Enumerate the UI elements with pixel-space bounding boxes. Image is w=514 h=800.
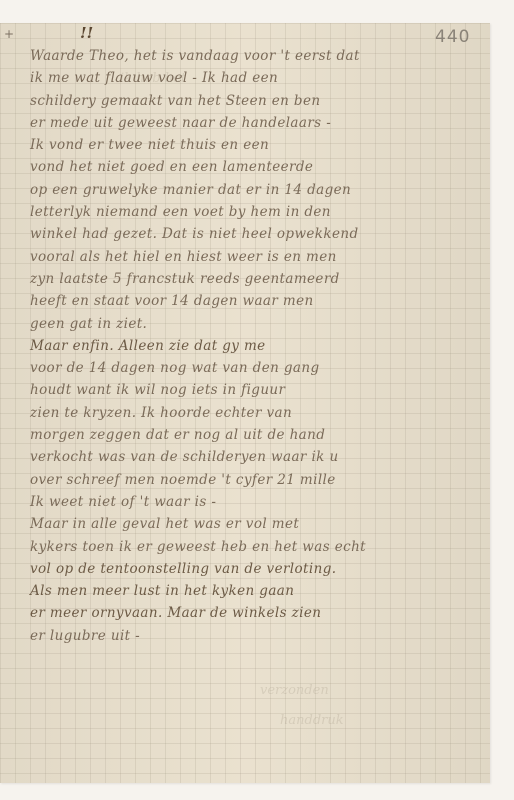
text-line: houdt want ik wil nog iets in figuur (30, 379, 485, 401)
text-line: kykers toen ik er geweest heb en het was… (30, 536, 485, 558)
text-line: Ik weet niet of 't waar is - (30, 491, 485, 513)
text-line: over schreef men noemde 't cyfer 21 mill… (30, 469, 485, 491)
text-line: op een gruwelyke manier dat er in 14 dag… (30, 179, 485, 201)
text-line: Als men meer lust in het kyken gaan (30, 580, 485, 602)
text-line: geen gat in ziet. (30, 313, 485, 335)
text-line: heeft en staat voor 14 dagen waar men (30, 290, 485, 312)
text-line: Ik vond er twee niet thuis en een (30, 134, 485, 156)
text-line: vol op de tentoonstelling van de verloti… (30, 558, 485, 580)
text-line: morgen zeggen dat er nog al uit de hand (30, 424, 485, 446)
text-line: Maar in alle geval het was er vol met (30, 513, 485, 535)
text-line: winkel had gezet. Dat is niet heel opwek… (30, 223, 485, 245)
text-line: vooral als het hiel en hiest weer is en … (30, 246, 485, 268)
text-line: Maar enfin. Alleen zie dat gy me (30, 335, 485, 357)
margin-mark: + (4, 27, 14, 41)
text-line: er lugubre uit - (30, 625, 485, 647)
page-number: 440 (435, 27, 470, 47)
letter-body: Waarde Theo, het is vandaag voor 't eers… (30, 45, 485, 647)
text-line: zyn laatste 5 francstuk reeds geentameer… (30, 268, 485, 290)
bleed-through-text: handdruk (280, 713, 344, 728)
text-line: er meer ornyvaan. Maar de winkels zien (30, 602, 485, 624)
text-line: ik me wat flaauw voel - Ik had een (30, 67, 485, 89)
text-line: er mede uit geweest naar de handelaars - (30, 112, 485, 134)
text-line: Waarde Theo, het is vandaag voor 't eers… (30, 45, 485, 67)
bleed-through-text: verzonden (260, 683, 329, 698)
letter-page: + !! 440 ik heb het verzonden handdruk W… (0, 23, 490, 783)
text-line: schildery gemaakt van het Steen en ben (30, 90, 485, 112)
top-ink-mark: !! (80, 24, 93, 42)
text-line: verkocht was van de schilderyen waar ik … (30, 446, 485, 468)
text-line: zien te kryzen. Ik hoorde echter van (30, 402, 485, 424)
text-line: voor de 14 dagen nog wat van den gang (30, 357, 485, 379)
text-line: letterlyk niemand een voet by hem in den (30, 201, 485, 223)
text-line: vond het niet goed en een lamenteerde (30, 156, 485, 178)
